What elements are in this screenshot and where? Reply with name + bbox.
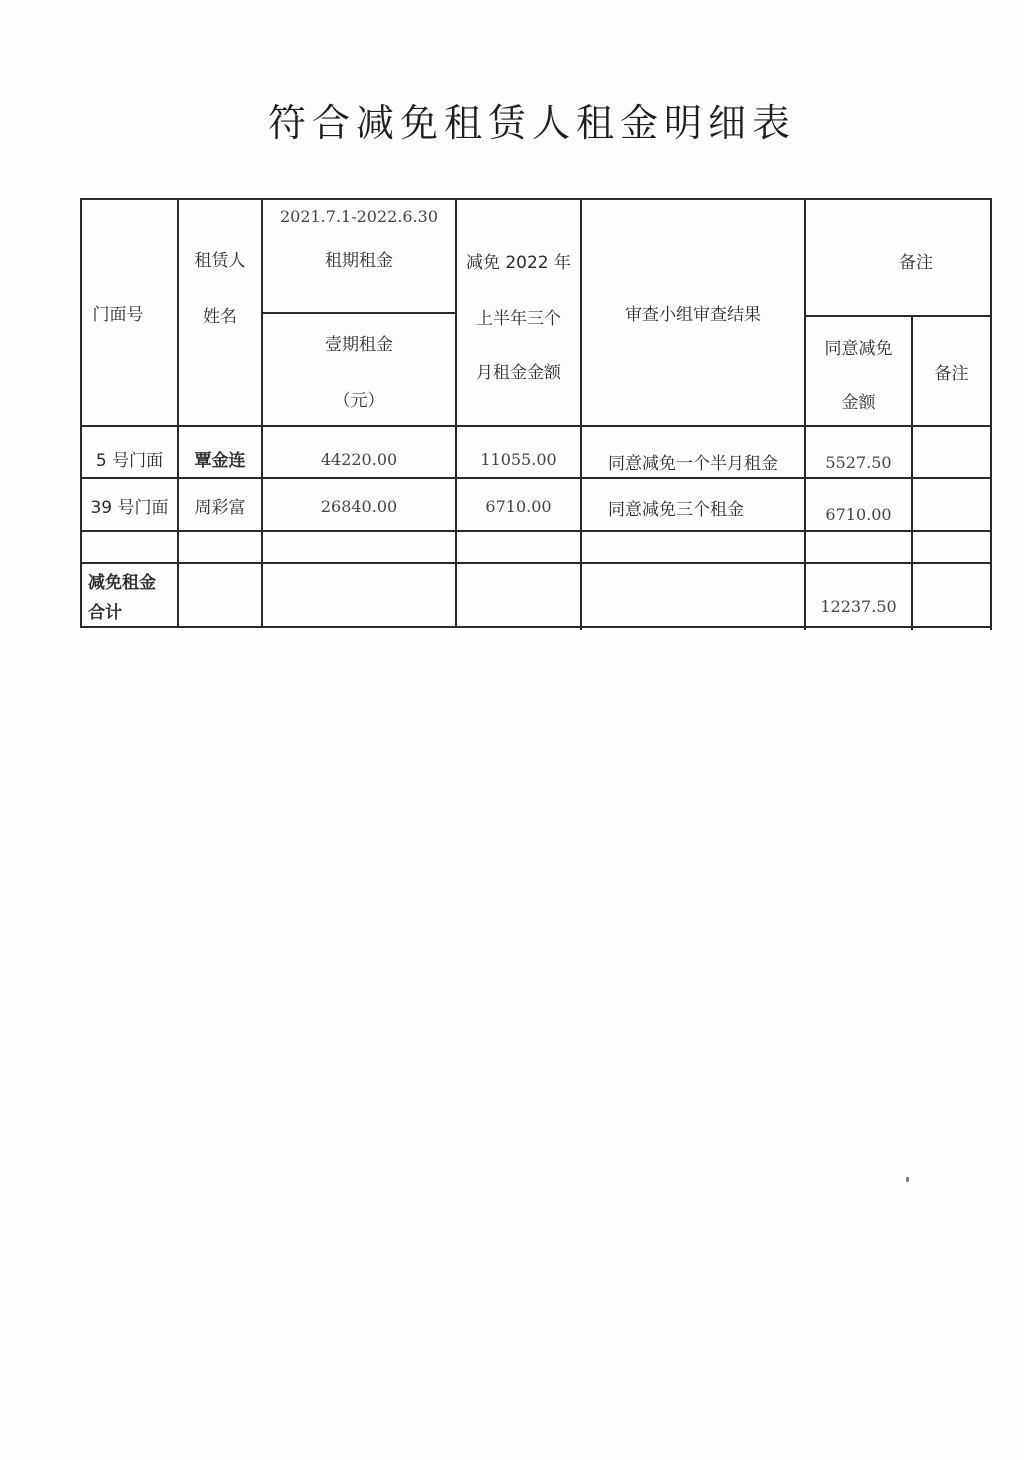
table-row-2-tenant: 周彩富 <box>179 487 261 523</box>
table-row-1-period-rent: 44220.00 <box>263 441 455 477</box>
table-row-2-reduction-amount: 6710.00 <box>457 488 580 524</box>
total-label-line1: 减免租金 <box>88 568 178 598</box>
table-divider <box>262 312 456 314</box>
table-row-1-reduction-amount: 11055.00 <box>457 441 580 477</box>
rent-reduction-table: 门面号 租赁人 姓名 2021.7.1-2022.6.30 租期租金 壹期租金 … <box>0 0 1024 640</box>
header-agreed-line1: 同意减免 <box>806 328 911 364</box>
header-shop-no: 门面号 <box>82 200 154 425</box>
table-row-2-agreed-amount: 6710.00 <box>806 496 911 532</box>
table-row-2-remarks <box>913 481 990 529</box>
table-row-2-review-result: 同意减免三个租金 <box>608 489 804 525</box>
table-border-bottom <box>80 626 992 628</box>
header-remarks-top: 备注 <box>806 242 1024 278</box>
table-row-2-period-rent: 26840.00 <box>263 488 455 524</box>
scan-speck <box>906 1177 909 1182</box>
total-label-line2: 合计 <box>88 598 178 628</box>
header-period-rent: 租期租金 <box>263 240 455 276</box>
header-one-period-rent: 壹期租金 <box>263 324 455 360</box>
table-row-divider <box>80 562 992 564</box>
header-reduction-line2: 上半年三个 <box>457 298 580 334</box>
table-header-bottom <box>80 425 992 427</box>
table-row-1-remarks <box>913 430 990 477</box>
table-row-1-tenant: 覃金连 <box>179 440 261 476</box>
table-border-top <box>80 198 992 200</box>
table-row-1-shop-no: 5 号门面 <box>82 440 177 476</box>
header-period-dates: 2021.7.1-2022.6.30 <box>263 202 455 230</box>
total-agreed-amount: 12237.50 <box>806 588 911 624</box>
table-row-3-empty <box>82 532 177 562</box>
total-label: 减免租金 合计 <box>88 568 178 628</box>
table-row-1-review-result: 同意减免一个半月租金 <box>608 443 812 479</box>
header-agreed-line2: 金额 <box>806 382 911 418</box>
header-review-result: 审查小组审查结果 <box>582 200 804 425</box>
header-unit: （元） <box>263 380 455 416</box>
header-reduction-line1: 减免 2022 年 <box>457 242 580 278</box>
table-row-2-shop-no: 39 号门面 <box>82 487 177 523</box>
table-row-1-agreed-amount: 5527.50 <box>806 444 911 480</box>
header-tenant-line1: 租赁人 <box>179 240 261 276</box>
header-tenant-line2: 姓名 <box>179 296 261 332</box>
header-remarks-sub: 备注 <box>913 317 990 425</box>
header-reduction-line3: 月租金金额 <box>457 352 580 388</box>
